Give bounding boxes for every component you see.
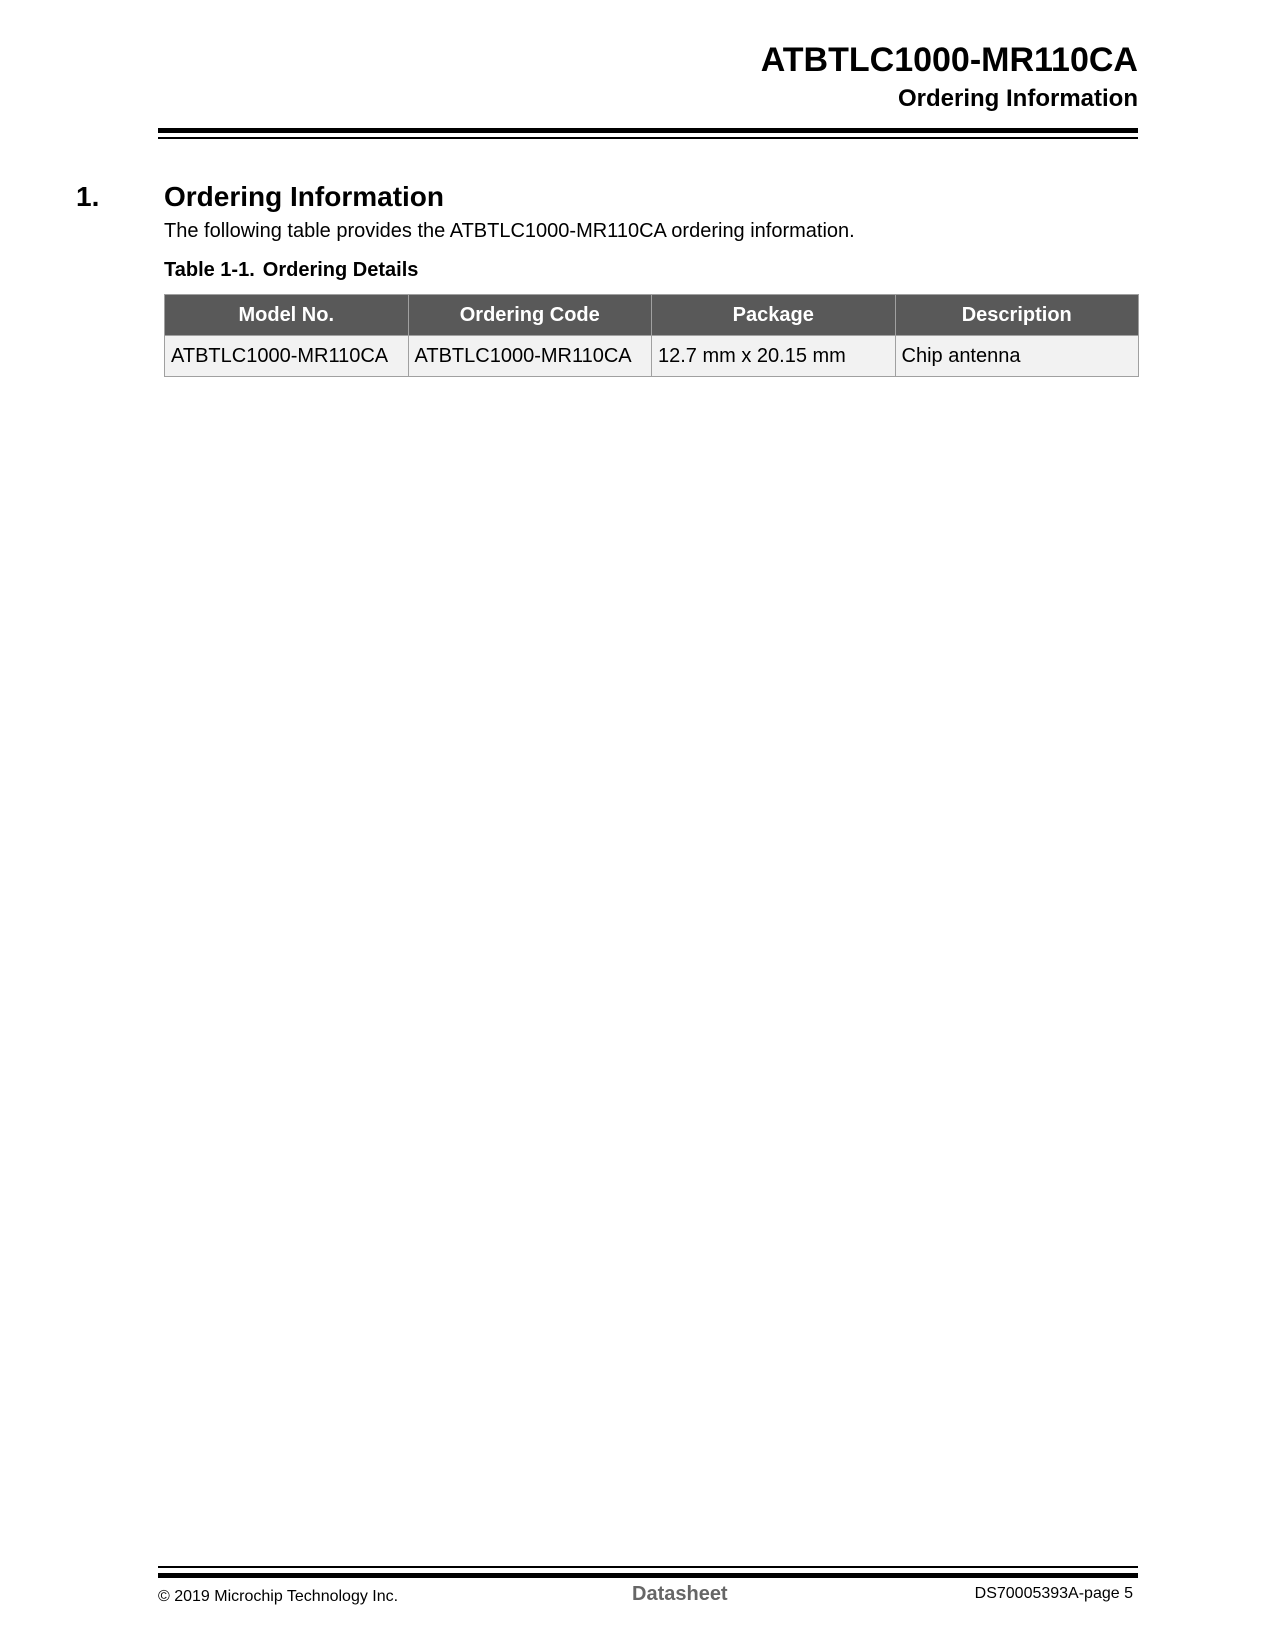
footer-document-type: Datasheet: [632, 1582, 728, 1606]
column-header-package: Package: [652, 295, 896, 336]
header-rule-thick: [158, 128, 1138, 133]
cell-model-no: ATBTLC1000-MR110CA: [165, 336, 409, 377]
cell-description: Chip antenna: [895, 336, 1139, 377]
section-heading: Ordering Information: [164, 180, 444, 214]
footer-page-number: DS70005393A-page 5: [975, 1584, 1133, 1604]
column-header-description: Description: [895, 295, 1139, 336]
footer-rule-thick: [158, 1573, 1138, 1578]
table-header-row: Model No. Ordering Code Package Descript…: [165, 295, 1139, 336]
column-header-ordering-code: Ordering Code: [408, 295, 652, 336]
footer-rule-thin: [158, 1566, 1138, 1568]
cell-package: 12.7 mm x 20.15 mm: [652, 336, 896, 377]
table-caption: Table 1-1.Ordering Details: [164, 257, 418, 283]
section-number: 1.: [76, 180, 99, 214]
footer-copyright: © 2019 Microchip Technology Inc.: [158, 1587, 398, 1607]
document-title: ATBTLC1000-MR110CA: [761, 40, 1138, 80]
document-section-subtitle: Ordering Information: [898, 85, 1138, 113]
table-caption-title: Ordering Details: [263, 259, 419, 281]
table-caption-label: Table 1-1.: [164, 259, 255, 281]
cell-ordering-code: ATBTLC1000-MR110CA: [408, 336, 652, 377]
column-header-model-no: Model No.: [165, 295, 409, 336]
section-intro-paragraph: The following table provides the ATBTLC1…: [164, 218, 855, 244]
table-row: ATBTLC1000-MR110CA ATBTLC1000-MR110CA 12…: [165, 336, 1139, 377]
ordering-details-table: Model No. Ordering Code Package Descript…: [164, 294, 1139, 377]
header-rule-thin: [158, 137, 1138, 139]
